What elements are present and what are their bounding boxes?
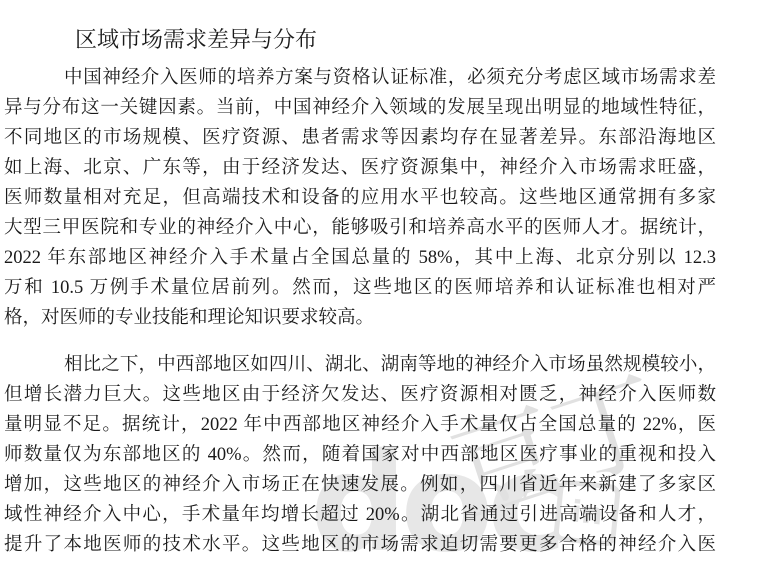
text-line: 不同地区的市场规模、医疗资源、患者需求等因素均存在显著差异。东部沿海地区 <box>4 123 716 153</box>
text-line: 中国神经介入医师的培养方案与资格认证标准，必须充分考虑区域市场需求差 <box>4 63 716 93</box>
text-line: 如上海、北京、广东等，由于经济发达、医疗资源集中，神经介入市场需求旺盛， <box>4 153 716 183</box>
text-line: 提升了本地医师的技术水平。这些地区的市场需求迫切需要更多合格的神经介入医 <box>4 530 716 560</box>
text-line: 但增长潜力巨大。这些地区由于经济欠发达、医疗资源相对匮乏，神经介入医师数 <box>4 380 716 410</box>
text-line: 格，对医师的专业技能和理论知识要求较高。 <box>4 303 716 333</box>
text-line: 异与分布这一关键因素。当前，中国神经介入领域的发展呈现出明显的地域性特征， <box>4 93 716 123</box>
section-heading: 区域市场需求差异与分布 <box>75 26 317 54</box>
text-line: 增加，这些地区的神经介入市场正在快速发展。例如，四川省近年来新建了多家区 <box>4 470 716 500</box>
document-body: 中国神经介入医师的培养方案与资格认证标准，必须充分考虑区域市场需求差 异与分布这… <box>4 63 716 560</box>
text-line: 量明显不足。据统计，2022 年中西部地区神经介入手术量仅占全国总量的 22%，… <box>4 410 716 440</box>
paragraph: 中国神经介入医师的培养方案与资格认证标准，必须充分考虑区域市场需求差 异与分布这… <box>4 63 716 333</box>
text-line: 师数量仅为东部地区的 40%。然而，随着国家对中西部地区医疗事业的重视和投入 <box>4 440 716 470</box>
text-line: 相比之下，中西部地区如四川、湖北、湖南等地的神经介入市场虽然规模较小， <box>4 350 716 380</box>
text-line: 域性神经介入中心，手术量年均增长超过 20%。湖北省通过引进高端设备和人才， <box>4 500 716 530</box>
text-line: 2022 年东部地区神经介入手术量占全国总量的 58%，其中上海、北京分别以 1… <box>4 243 716 273</box>
text-line: 医师数量相对充足，但高端技术和设备的应用水平也较高。这些地区通常拥有多家 <box>4 183 716 213</box>
text-line: 大型三甲医院和专业的神经介入中心，能够吸引和培养高水平的医师人才。据统计， <box>4 213 716 243</box>
text-line: 万和 10.5 万例手术量位居前列。然而，这些地区的医师培养和认证标准也相对严 <box>4 273 716 303</box>
paragraph: 相比之下，中西部地区如四川、湖北、湖南等地的神经介入市场虽然规模较小， 但增长潜… <box>4 350 716 560</box>
document-page: doc in 豆丁 区域市场需求差异与分布 中国神经介入医师的培养方案与资格认证… <box>0 0 779 566</box>
